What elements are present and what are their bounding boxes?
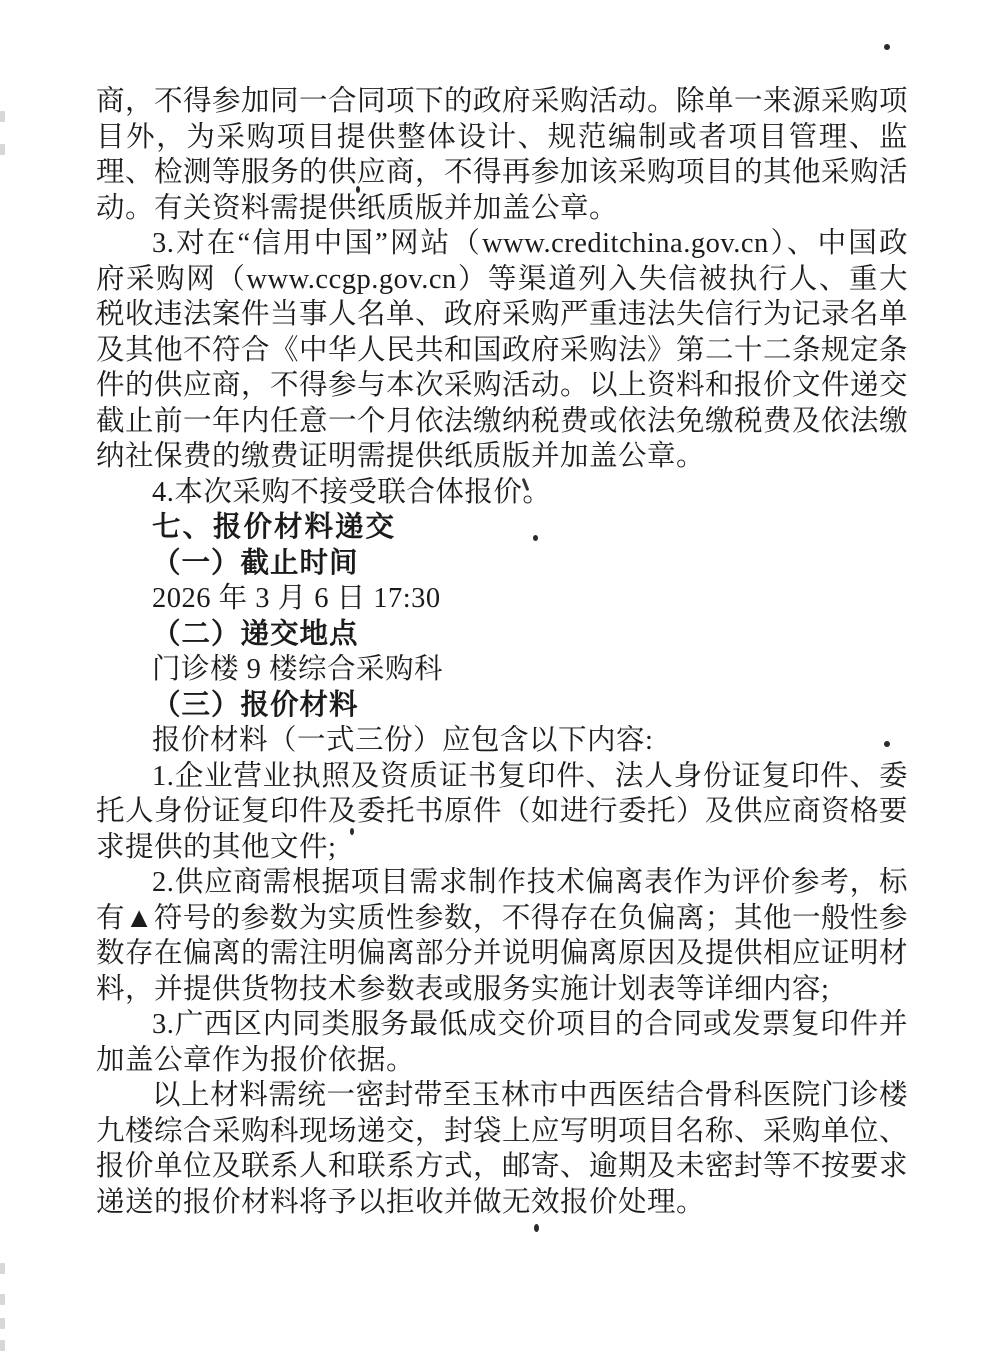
scan-speck: [533, 535, 538, 541]
scan-speck: [884, 44, 890, 50]
scan-edge-mark: [0, 111, 5, 122]
paragraph: 3.广西区内同类服务最低成交价项目的合同或发票复印件并加盖公章作为报价依据。: [96, 1007, 908, 1078]
section-heading: （一）截止时间: [96, 546, 908, 582]
scan-edge-mark: [0, 144, 5, 155]
scan-edge-mark: [0, 1318, 5, 1329]
paragraph: 1.企业营业执照及资质证书复印件、法人身份证复印件、委托人身份证复印件及委托书原…: [96, 759, 908, 866]
paragraph: 2026 年 3 月 6 日 17:30: [96, 581, 908, 617]
section-heading: （三）报价材料: [96, 688, 908, 724]
scan-speck: [350, 828, 354, 835]
scan-speck: [884, 741, 890, 747]
section-heading: 七、报价材料递交: [96, 510, 908, 546]
paragraph: 门诊楼 9 楼综合采购科: [96, 652, 908, 688]
paragraph: 3.对在“信用中国”网站（www.creditchina.gov.cn）、中国政…: [96, 226, 908, 475]
paragraph: 以上材料需统一密封带至玉林市中西医结合骨科医院门诊楼九楼综合采购科现场递交，封袋…: [96, 1078, 908, 1220]
scan-edge-mark: [0, 1263, 5, 1274]
scan-edge-mark: [0, 1340, 5, 1347]
paragraph: 报价材料（一式三份）应包含以下内容:: [96, 723, 908, 759]
document-page: 商，不得参加同一合同项下的政府采购活动。除单一来源采购项目外，为采购项目提供整体…: [0, 0, 1000, 1347]
paragraph: 商，不得参加同一合同项下的政府采购活动。除单一来源采购项目外，为采购项目提供整体…: [96, 84, 908, 226]
document-body: 商，不得参加同一合同项下的政府采购活动。除单一来源采购项目外，为采购项目提供整体…: [96, 84, 908, 1220]
scan-speck: [356, 186, 360, 193]
scan-speck: [534, 1224, 539, 1232]
scan-edge-mark: [0, 1294, 5, 1305]
section-heading: （二）递交地点: [96, 617, 908, 653]
paragraph: 2.供应商需根据项目需求制作技术偏离表作为评价参考，标有▲符号的参数为实质性参数…: [96, 865, 908, 1007]
paragraph: 4.本次采购不接受联合体报价。: [96, 475, 908, 511]
